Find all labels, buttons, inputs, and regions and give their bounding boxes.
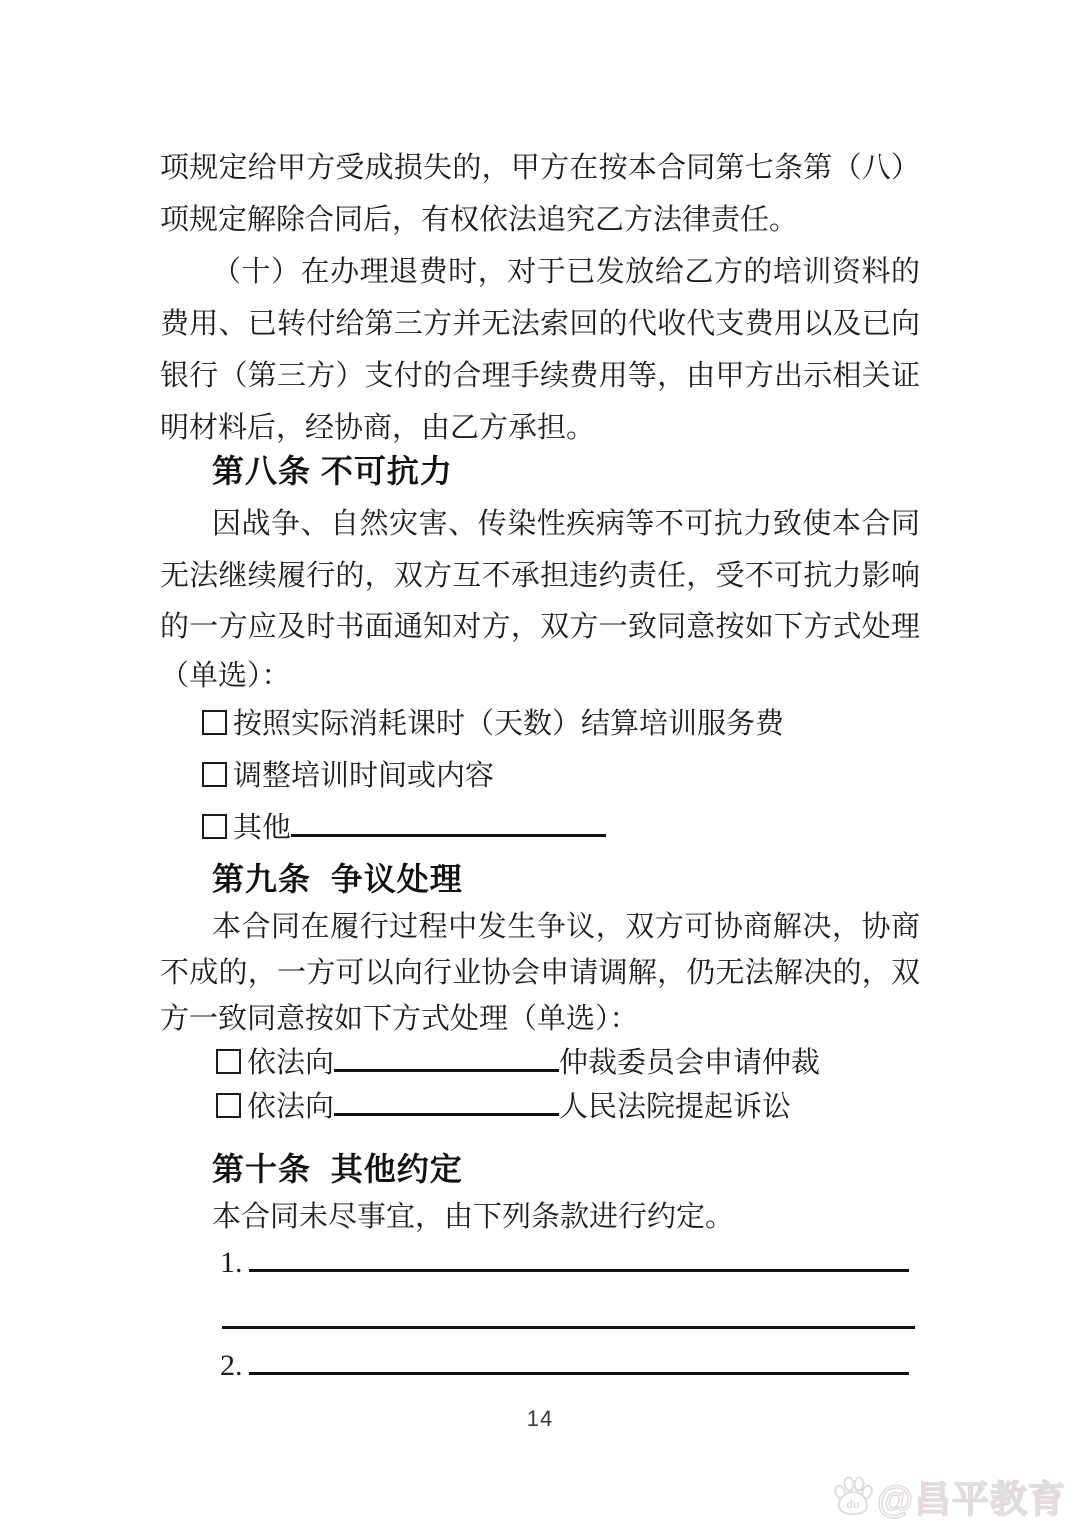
item-number: 1. — [220, 1246, 243, 1279]
numbered-blank-row: 1. — [220, 1243, 920, 1283]
paragraph-line: 费用、已转付给第三方并无法索回的代收代支费用以及已向 — [160, 303, 920, 345]
numbered-blank-row: 2. — [220, 1346, 920, 1386]
article8-heading: 第八条 不可抗力 — [212, 450, 453, 492]
article9-heading: 第九条 争议处理 — [212, 858, 463, 900]
paragraph-line: 项规定给甲方受成损失的，甲方在按本合同第七条第（八） — [160, 147, 920, 189]
option-label: 按照实际消耗课时（天数）结算培训服务费 — [233, 708, 784, 740]
paragraph-line: 明材料后，经协商，由乙方承担。 — [160, 407, 920, 449]
fill-in-blank — [249, 1372, 909, 1375]
paragraph-line: （十）在办理退费时，对于已发放给乙方的培训资料的 — [160, 251, 920, 293]
paragraph-line: 银行（第三方）支付的合理手续费用等，由甲方出示相关证 — [160, 355, 920, 397]
paragraph-line: 本合同在履行过程中发生争议，双方可协商解决，协商 — [160, 906, 920, 948]
document-body: 项规定给甲方受成损失的，甲方在按本合同第七条第（八） 项规定解除合同后，有权依法… — [160, 0, 920, 1400]
option-label: 人民法院提起诉讼 — [559, 1091, 791, 1123]
option-row: 调整培训时间或内容 — [202, 755, 494, 797]
option-row: 依法向仲裁委员会申请仲裁 — [216, 1042, 820, 1084]
checkbox-icon[interactable] — [216, 1093, 241, 1118]
item-number: 2. — [220, 1349, 243, 1382]
fill-in-blank — [334, 1069, 559, 1072]
checkbox-icon[interactable] — [216, 1049, 241, 1074]
paw-du-text: du — [846, 1499, 859, 1511]
option-row: 按照实际消耗课时（天数）结算培训服务费 — [202, 703, 784, 745]
checkbox-icon[interactable] — [202, 710, 227, 735]
paragraph-line: 因战争、自然灾害、传染性疾病等不可抗力致使本合同 — [160, 503, 920, 545]
option-label: 其他 — [233, 812, 291, 844]
contract-page: 项规定给甲方受成损失的，甲方在按本合同第七条第（八） 项规定解除合同后，有权依法… — [0, 0, 1080, 1527]
paragraph-line: 无法继续履行的，双方互不承担违约责任，受不可抗力影响 — [160, 555, 920, 597]
fill-in-blank — [334, 1113, 559, 1116]
fill-in-blank — [291, 834, 606, 837]
fill-in-blank — [222, 1326, 915, 1329]
option-label: 依法向 — [247, 1091, 334, 1123]
watermark: du @昌平教育 — [831, 1469, 1066, 1523]
option-row: 其他 — [202, 807, 606, 849]
watermark-text: @昌平教育 — [877, 1469, 1066, 1523]
checkbox-icon[interactable] — [202, 814, 227, 839]
article10-heading: 第十条 其他约定 — [212, 1148, 463, 1190]
paragraph-line: 方一致同意按如下方式处理（单选）： — [160, 998, 920, 1040]
baidu-paw-icon: du — [831, 1474, 875, 1518]
fill-in-blank — [249, 1269, 909, 1272]
paragraph-line: （单选）： — [160, 655, 920, 697]
page-number: 14 — [0, 1406, 1080, 1432]
option-label: 调整培训时间或内容 — [233, 760, 494, 792]
paragraph-line: 项规定解除合同后，有权依法追究乙方法律责任。 — [160, 199, 920, 241]
paragraph-line: 本合同未尽事宜，由下列条款进行约定。 — [160, 1196, 920, 1238]
option-row: 依法向人民法院提起诉讼 — [216, 1086, 791, 1128]
checkbox-icon[interactable] — [202, 762, 227, 787]
paragraph-line: 的一方应及时书面通知对方，双方一致同意按如下方式处理 — [160, 606, 920, 648]
option-label: 仲裁委员会申请仲裁 — [559, 1047, 820, 1079]
paragraph-line: 不成的，一方可以向行业协会申请调解，仍无法解决的，双 — [160, 952, 920, 994]
option-label: 依法向 — [247, 1047, 334, 1079]
